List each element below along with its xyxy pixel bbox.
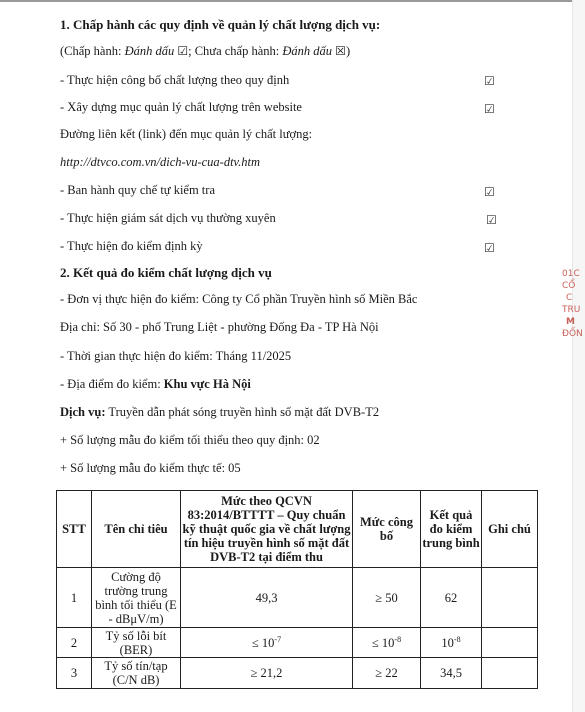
table-row: 1 Cường độ trường trung bình tối thiểu (… (57, 568, 538, 628)
legend-middle: ; Chưa chấp hành: (188, 44, 282, 58)
value-exponent: -7 (274, 634, 281, 643)
checked-box-icon: ☑ (484, 242, 495, 254)
compliance-item: - Thực hiện giám sát dịch vụ thường xuyê… (60, 211, 276, 226)
cell-note (482, 628, 538, 658)
compliance-item: - Thực hiện công bố chất lượng theo quy … (60, 73, 289, 88)
unchecked-box-icon: ☒ (335, 44, 346, 58)
value-base: 10 (441, 636, 454, 650)
compliance-item: - Thực hiện đo kiểm định kỳ (60, 239, 203, 254)
cell-average-result: 62 (421, 568, 482, 628)
cell-stt: 3 (57, 658, 92, 689)
legend-line: (Chấp hành: Đánh dấu ☑; Chưa chấp hành: … (60, 44, 350, 59)
cell-qcvn-level: ≥ 21,2 (181, 658, 353, 689)
cell-declared-level: ≥ 22 (353, 658, 421, 689)
service-value: Truyền dẫn phát sóng truyền hình số mặt … (106, 405, 380, 419)
cell-qcvn-level: ≤ 10-7 (181, 628, 353, 658)
cell-stt: 2 (57, 628, 92, 658)
red-seal-stamp: 01C CỔ C TRU M ĐỐN (562, 268, 585, 378)
cell-average-result: 34,5 (421, 658, 482, 689)
cell-indicator-name: Cường độ trường trung bình tối thiểu (E … (92, 568, 181, 628)
table-header-row: STT Tên chỉ tiêu Mức theo QCVN 83:2014/B… (57, 491, 538, 568)
stamp-text: 01C (562, 268, 585, 280)
measurement-unit: - Đơn vị thực hiện đo kiểm: Công ty Cổ p… (60, 292, 417, 307)
legend-suffix: ) (346, 44, 350, 58)
value-base: ≤ 10 (372, 636, 395, 650)
cell-average-result: 10-8 (421, 628, 482, 658)
compliance-item: - Xây dựng mục quản lý chất lượng trên w… (60, 100, 302, 115)
section2-title: 2. Kết quả đo kiểm chất lượng dịch vụ (60, 265, 272, 280)
min-samples: + Số lượng mẫu đo kiểm tối thiểu theo qu… (60, 433, 320, 448)
value-base: ≤ 10 (252, 636, 275, 650)
legend-prefix: (Chấp hành: (60, 44, 125, 58)
table-row: 3 Tỷ số tín/tạp (C/N dB) ≥ 21,2 ≥ 22 34,… (57, 658, 538, 689)
header-stt: STT (57, 491, 92, 568)
service-label: Dịch vụ: (60, 405, 106, 419)
value-exponent: -8 (454, 634, 461, 643)
address: Địa chỉ: Số 30 - phố Trung Liệt - phường… (60, 320, 379, 335)
location-value: Khu vực Hà Nội (164, 377, 251, 391)
stamp-text: M (562, 316, 585, 328)
checked-box-icon: ☑ (486, 214, 497, 226)
location-label: - Địa điểm đo kiểm: (60, 377, 164, 391)
table-row: 2 Tỷ số lỗi bít (BER) ≤ 10-7 ≤ 10-8 10-8 (57, 628, 538, 658)
results-table: STT Tên chỉ tiêu Mức theo QCVN 83:2014/B… (56, 490, 538, 689)
stamp-text: TRU (562, 304, 585, 316)
cell-note (482, 568, 538, 628)
checked-box-icon: ☑ (484, 186, 495, 198)
page-top-border (0, 0, 585, 2)
header-note: Ghi chú (482, 491, 538, 568)
stamp-text: ĐỐN (562, 328, 585, 340)
quality-link-url[interactable]: http://dtvco.com.vn/dich-vu-cua-dtv.htm (60, 155, 260, 170)
measurement-location: - Địa điểm đo kiểm: Khu vực Hà Nội (60, 377, 251, 392)
cell-note (482, 658, 538, 689)
link-label: Đường liên kết (link) đến mục quản lý ch… (60, 127, 312, 142)
cell-qcvn-level: 49,3 (181, 568, 353, 628)
checked-box-icon: ☑ (177, 44, 188, 58)
cell-indicator-name: Tỷ số lỗi bít (BER) (92, 628, 181, 658)
actual-samples: + Số lượng mẫu đo kiểm thực tế: 05 (60, 461, 241, 476)
compliance-item: - Ban hành quy chế tự kiểm tra (60, 183, 215, 198)
stamp-text: CỔ (562, 280, 585, 292)
checked-box-icon: ☑ (484, 103, 495, 115)
header-indicator-name: Tên chỉ tiêu (92, 491, 181, 568)
legend-mark-label-2: Đánh dấu (282, 44, 332, 58)
stamp-text: C (562, 292, 585, 304)
checked-box-icon: ☑ (484, 75, 495, 87)
cell-indicator-name: Tỷ số tín/tạp (C/N dB) (92, 658, 181, 689)
header-average-result: Kết quả đo kiểm trung bình (421, 491, 482, 568)
header-qcvn-level: Mức theo QCVN 83:2014/BTTTT – Quy chuẩn … (181, 491, 353, 568)
value-exponent: -8 (394, 634, 401, 643)
header-declared-level: Mức công bố (353, 491, 421, 568)
cell-declared-level: ≤ 10-8 (353, 628, 421, 658)
cell-declared-level: ≥ 50 (353, 568, 421, 628)
cell-stt: 1 (57, 568, 92, 628)
service-line: Dịch vụ: Truyền dẫn phát sóng truyền hìn… (60, 405, 379, 420)
section1-title: 1. Chấp hành các quy định về quản lý chấ… (60, 17, 380, 32)
legend-mark-label-1: Đánh dấu (125, 44, 175, 58)
measurement-time: - Thời gian thực hiện đo kiểm: Tháng 11/… (60, 349, 291, 364)
